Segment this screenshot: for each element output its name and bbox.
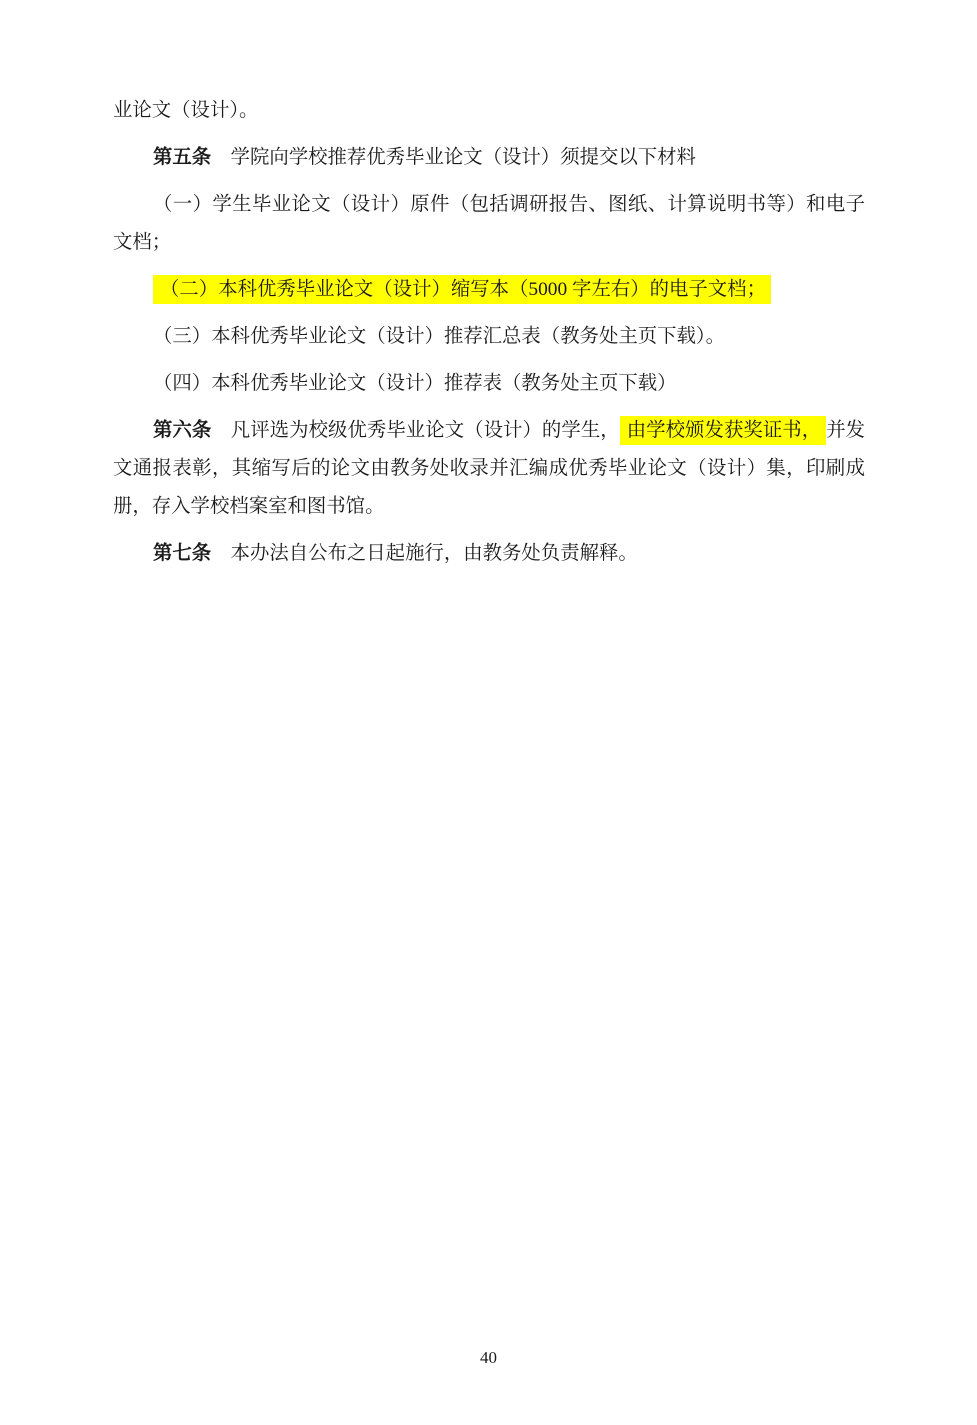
- article-number: 第七条: [153, 543, 211, 564]
- body-text: （一）学生毕业论文（设计）原件（包括调研报告、图纸、计算说明书等）和电子文档；: [113, 194, 865, 253]
- body-text: 学院向学校推荐优秀毕业论文（设计）须提交以下材料: [211, 147, 696, 168]
- paragraph: （三）本科优秀毕业论文（设计）推荐汇总表（教务处主页下载）。: [113, 318, 865, 356]
- body-text: 本办法自公布之日起施行，由教务处负责解释。: [211, 543, 638, 564]
- paragraph: （二）本科优秀毕业论文（设计）缩写本（5000 字左右）的电子文档；: [113, 271, 865, 309]
- body-text: 业论文（设计）。: [113, 100, 258, 121]
- article-number: 第五条: [153, 147, 211, 168]
- page-footer: 40: [0, 1346, 977, 1370]
- document-page: 业论文（设计）。第五条 学院向学校推荐优秀毕业论文（设计）须提交以下材料（一）学…: [0, 0, 977, 1425]
- body-text: （三）本科优秀毕业论文（设计）推荐汇总表（教务处主页下载）。: [153, 326, 725, 347]
- paragraph: 第六条 凡评选为校级优秀毕业论文（设计）的学生，由学校颁发获奖证书，并发文通报表…: [113, 412, 865, 526]
- page-number: 40: [480, 1348, 497, 1367]
- article-number: 第六条: [153, 420, 211, 441]
- body-text: 凡评选为校级优秀毕业论文（设计）的学生，: [211, 420, 619, 441]
- highlighted-text: 由学校颁发获奖证书，: [620, 416, 826, 445]
- document-body: 业论文（设计）。第五条 学院向学校推荐优秀毕业论文（设计）须提交以下材料（一）学…: [113, 92, 865, 582]
- paragraph: 业论文（设计）。: [113, 92, 865, 130]
- paragraph: （四）本科优秀毕业论文（设计）推荐表（教务处主页下载）: [113, 365, 865, 403]
- paragraph: 第五条 学院向学校推荐优秀毕业论文（设计）须提交以下材料: [113, 139, 865, 177]
- body-text: （四）本科优秀毕业论文（设计）推荐表（教务处主页下载）: [153, 373, 677, 394]
- highlighted-text: （二）本科优秀毕业论文（设计）缩写本（5000 字左右）的电子文档；: [153, 275, 771, 304]
- paragraph: 第七条 本办法自公布之日起施行，由教务处负责解释。: [113, 535, 865, 573]
- paragraph: （一）学生毕业论文（设计）原件（包括调研报告、图纸、计算说明书等）和电子文档；: [113, 186, 865, 262]
